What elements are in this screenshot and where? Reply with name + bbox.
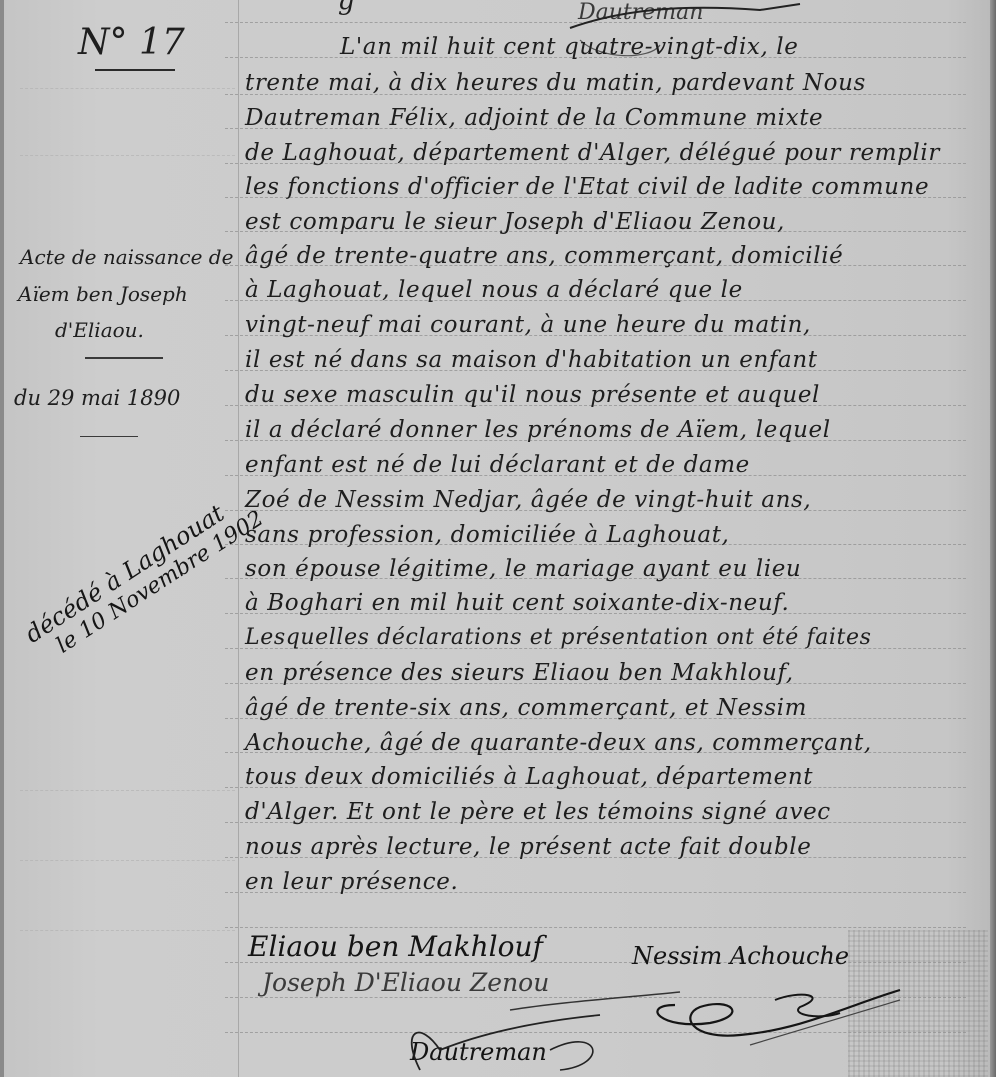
entry-number-underline [95, 69, 175, 71]
body-line: sans profession, domiciliée à Laghouat, [245, 522, 729, 548]
body-line: âgé de trente-quatre ans, commerçant, do… [245, 243, 843, 269]
body-line: en leur présence. [245, 869, 458, 895]
ruled-line [225, 927, 966, 929]
body-line: du sexe masculin qu'il nous présente et … [245, 382, 820, 408]
body-line: il a déclaré donner les prénoms de Aïem,… [245, 417, 831, 443]
body-line: L'an mil huit cent quatre-vingt-dix, le [340, 34, 798, 60]
margin-separator [80, 436, 138, 437]
body-line: à Laghouat, lequel nous a déclaré que le [245, 277, 743, 303]
death-annotation: décédé à Laghouat le 10 Novembre 1902 [20, 483, 268, 670]
death-annotation-place: décédé à Laghouat [20, 483, 255, 649]
body-line: Zoé de Nessim Nedjar, âgée de vingt-huit… [245, 487, 811, 513]
margin-title-line-3: d'Eliaou. [55, 318, 144, 342]
body-line: son épouse légitime, le mariage ayant eu… [245, 556, 801, 582]
register-page: g Dautreman N° 17 Acte de naissance de A… [0, 0, 996, 1077]
margin-birth-date: du 29 mai 1890 [14, 386, 180, 410]
signature-witness-1: Eliaou ben Makhlouf [248, 930, 543, 963]
margin-ruled-line [20, 155, 235, 157]
page-left-edge [0, 0, 4, 1077]
margin-ruled-line [20, 790, 235, 792]
officer-signature-flourish-icon [400, 1010, 620, 1077]
body-line: tous deux domiciliés à Laghouat, départe… [245, 764, 813, 790]
margin-ruled-line [20, 930, 235, 932]
margin-title-line-2: Aïem ben Joseph [18, 282, 188, 306]
page-right-edge [990, 0, 996, 1077]
margin-title-line-1: Acte de naissance de [20, 245, 233, 269]
margin-ruled-line [20, 88, 235, 90]
body-line: nous après lecture, le présent acte fait… [245, 834, 811, 860]
body-line: Dautreman Félix, adjoint de la Commune m… [245, 105, 823, 131]
margin-ruled-line [20, 860, 235, 862]
entry-number: N° 17 [78, 22, 185, 63]
body-line: à Boghari en mil huit cent soixante-dix-… [245, 590, 789, 616]
margin-separator [85, 357, 163, 359]
body-line: il est né dans sa maison d'habitation un… [245, 347, 818, 373]
body-line: enfant est né de lui déclarant et de dam… [245, 452, 750, 478]
signature-witness-2: Nessim Achouche [632, 942, 849, 970]
body-line: de Laghouat, département d'Alger, délégu… [245, 140, 940, 166]
body-line: vingt-neuf mai courant, à une heure du m… [245, 312, 811, 338]
body-line: Achouche, âgé de quarante-deux ans, comm… [245, 730, 872, 756]
father-signature-underline-icon [500, 990, 700, 1020]
body-line: âgé de trente-six ans, commerçant, et Ne… [245, 695, 807, 721]
header-fragment: g [338, 0, 355, 16]
body-line: est comparu le sieur Joseph d'Eliaou Zen… [245, 209, 785, 235]
body-line: d'Alger. Et ont le père et les témoins s… [245, 799, 831, 825]
body-line: en présence des sieurs Eliaou ben Makhlo… [245, 660, 794, 686]
body-line: trente mai, à dix heures du matin, parde… [245, 70, 866, 96]
body-line: les fonctions d'officier de l'Etat civil… [245, 174, 929, 200]
body-line: Lesquelles déclarations et présentation … [245, 625, 872, 650]
